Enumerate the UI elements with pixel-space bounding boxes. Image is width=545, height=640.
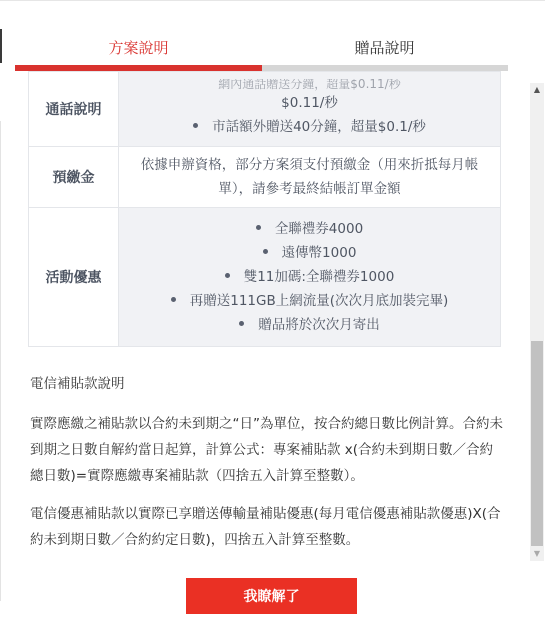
row-label: 預繳金	[29, 147, 119, 208]
list-item: 雙11加碼:全聯禮券1000	[127, 265, 492, 289]
scrollbar-thumb[interactable]	[531, 341, 543, 546]
dialog: 方案說明 贈品說明 通話說明 網內通話贈送分鐘，超量$0.11/秒 $0.11/…	[0, 0, 545, 640]
scroll-down-arrow-icon[interactable]: ▼	[530, 547, 544, 561]
list-item-text: 贈品將於次次月寄出	[258, 317, 380, 333]
list-item-text: 遠傳幣1000	[282, 245, 357, 261]
list-item: 贈品將於次次月寄出	[127, 313, 492, 337]
row-label: 通話說明	[29, 72, 119, 147]
tab-gift-description[interactable]: 贈品說明	[261, 37, 508, 58]
list-item-text: 雙11加碼:全聯禮券1000	[244, 269, 395, 285]
list-item-text: 市話額外贈送40分鐘，超量$0.1/秒	[212, 119, 426, 135]
content-line: $0.11/秒	[127, 91, 492, 115]
row-content: 網內通話贈送分鐘，超量$0.11/秒 $0.11/秒 市話額外贈送40分鐘，超量…	[119, 72, 501, 147]
notes-paragraph: 實際應繳之補貼款以合約未到期之“日”為單位，按合約總日數比例計算。合約未到期之日…	[30, 411, 505, 489]
list-item-text: 全聯禮券4000	[275, 221, 363, 237]
table-row-call: 通話說明 網內通話贈送分鐘，超量$0.11/秒 $0.11/秒 市話額外贈送40…	[29, 72, 501, 147]
scroll-content: 通話說明 網內通話贈送分鐘，超量$0.11/秒 $0.11/秒 市話額外贈送40…	[0, 71, 530, 571]
content-line: 依據申辦資格，部分方案須支付預繳金（用來折抵每月帳	[127, 153, 492, 177]
list-item: 再贈送111GB上網流量(次次月底加裝完畢)	[127, 289, 492, 313]
bullet-icon	[256, 225, 261, 230]
scroll-up-arrow-icon[interactable]: ▲	[530, 83, 544, 97]
row-content: 依據申辦資格，部分方案須支付預繳金（用來折抵每月帳 單），請參考最終結帳訂單金額	[119, 147, 501, 208]
bullet-icon	[263, 249, 268, 254]
subsidy-notes: 電信補貼款說明 實際應繳之補貼款以合約未到期之“日”為單位，按合約總日數比例計算…	[30, 374, 505, 565]
table-row-promotion: 活動優惠 全聯禮券4000 遠傳幣1000 雙11加碼:全聯禮券1000 再贈送…	[29, 208, 501, 347]
notes-paragraph: 電信優惠補貼款以實際已享贈送傳輸量補貼優惠(每月電信優惠補貼款優惠)X(合約未到…	[30, 501, 505, 553]
list-item: 遠傳幣1000	[127, 241, 492, 265]
bullet-icon	[171, 297, 176, 302]
bullet-icon	[239, 321, 244, 326]
vertical-scrollbar[interactable]: ▲ ▼	[530, 83, 544, 561]
list-item-text: 再贈送111GB上網流量(次次月底加裝完畢)	[190, 293, 449, 309]
content-line: 單），請參考最終結帳訂單金額	[127, 177, 492, 201]
background-edge	[0, 29, 2, 63]
plan-spec-table: 通話說明 網內通話贈送分鐘，超量$0.11/秒 $0.11/秒 市話額外贈送40…	[28, 71, 501, 347]
confirm-button[interactable]: 我瞭解了	[186, 578, 357, 614]
tab-plan-description[interactable]: 方案說明	[15, 37, 262, 58]
list-item: 市話額外贈送40分鐘，超量$0.1/秒	[127, 115, 492, 139]
table-row-prepayment: 預繳金 依據申辦資格，部分方案須支付預繳金（用來折抵每月帳 單），請參考最終結帳…	[29, 147, 501, 208]
row-label: 活動優惠	[29, 208, 119, 347]
notes-title: 電信補貼款說明	[30, 374, 505, 394]
row-content: 全聯禮券4000 遠傳幣1000 雙11加碼:全聯禮券1000 再贈送111GB…	[119, 208, 501, 347]
bullet-icon	[193, 123, 198, 128]
list-item: 全聯禮券4000	[127, 217, 492, 241]
cut-off-line: 網內通話贈送分鐘，超量$0.11/秒	[127, 79, 492, 91]
tab-bar: 方案說明 贈品說明	[15, 31, 508, 71]
bullet-icon	[225, 273, 230, 278]
